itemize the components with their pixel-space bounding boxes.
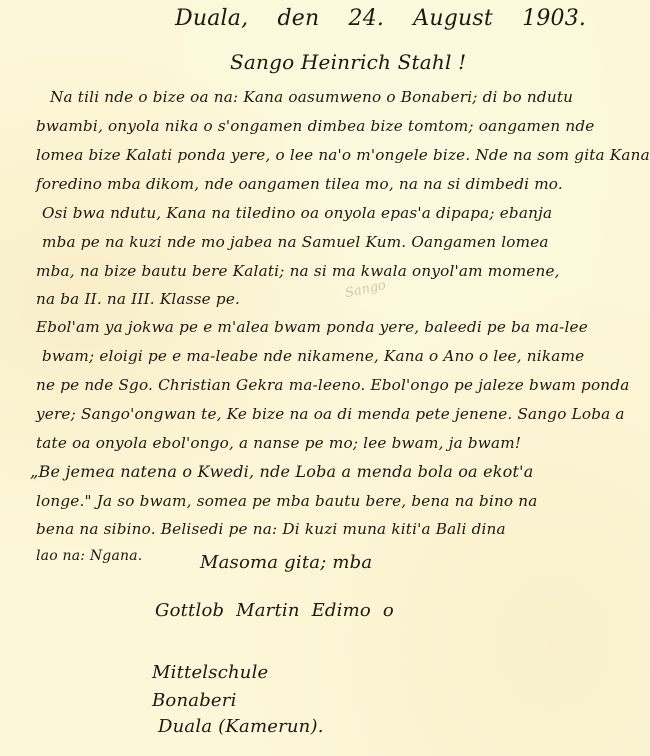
body-line: bena na sibino. Belisedi pe na: Di kuzi …: [36, 520, 506, 538]
letter-closing: Masoma gita; mba: [200, 552, 372, 573]
body-line: lomea bize Kalati ponda yere, o lee na'o…: [36, 146, 650, 164]
letter-signature: Gottlob Martin Edimo o: [155, 600, 394, 621]
body-line: lao na: Ngana.: [36, 548, 142, 564]
letter-salutation: Sango Heinrich Stahl !: [230, 50, 466, 74]
body-line: tate oa onyola ebol'ongo, a nanse pe mo;…: [36, 434, 521, 452]
address-line: Duala (Kamerun).: [158, 716, 324, 737]
body-line: ne pe nde Sgo. Christian Gekra ma-leeno.…: [36, 376, 629, 394]
body-line: foredino mba dikom, nde oangamen tilea m…: [36, 175, 563, 193]
body-line: bwambi, onyola nika o s'ongamen dimbea b…: [36, 117, 594, 135]
body-line: longe." Ja so bwam, somea pe mba bautu b…: [36, 492, 538, 510]
address-line: Mittelschule: [152, 662, 268, 683]
body-line: mba, na bize bautu bere Kalati; na si ma…: [36, 262, 560, 280]
body-line: Ebol'am ya jokwa pe e m'alea bwam ponda …: [36, 318, 588, 336]
body-line: Osi bwa ndutu, Kana na tiledino oa onyol…: [42, 204, 552, 222]
body-line: bwam; eloigi pe e ma-leabe nde nikamene,…: [42, 347, 584, 365]
body-line: yere; Sango'ongwan te, Ke bize na oa di …: [36, 405, 625, 423]
body-line: na ba II. na III. Klasse pe.: [36, 290, 240, 308]
address-line: Bonaberi: [152, 690, 237, 711]
body-line: Na tili nde o bize oa na: Kana oasumweno…: [50, 88, 573, 106]
body-line: „Be jemea natena o Kwedi, nde Loba a men…: [30, 462, 533, 481]
letter-dateline: Duala, den 24. August 1903.: [175, 6, 586, 31]
body-line: mba pe na kuzi nde mo jabea na Samuel Ku…: [42, 233, 549, 251]
